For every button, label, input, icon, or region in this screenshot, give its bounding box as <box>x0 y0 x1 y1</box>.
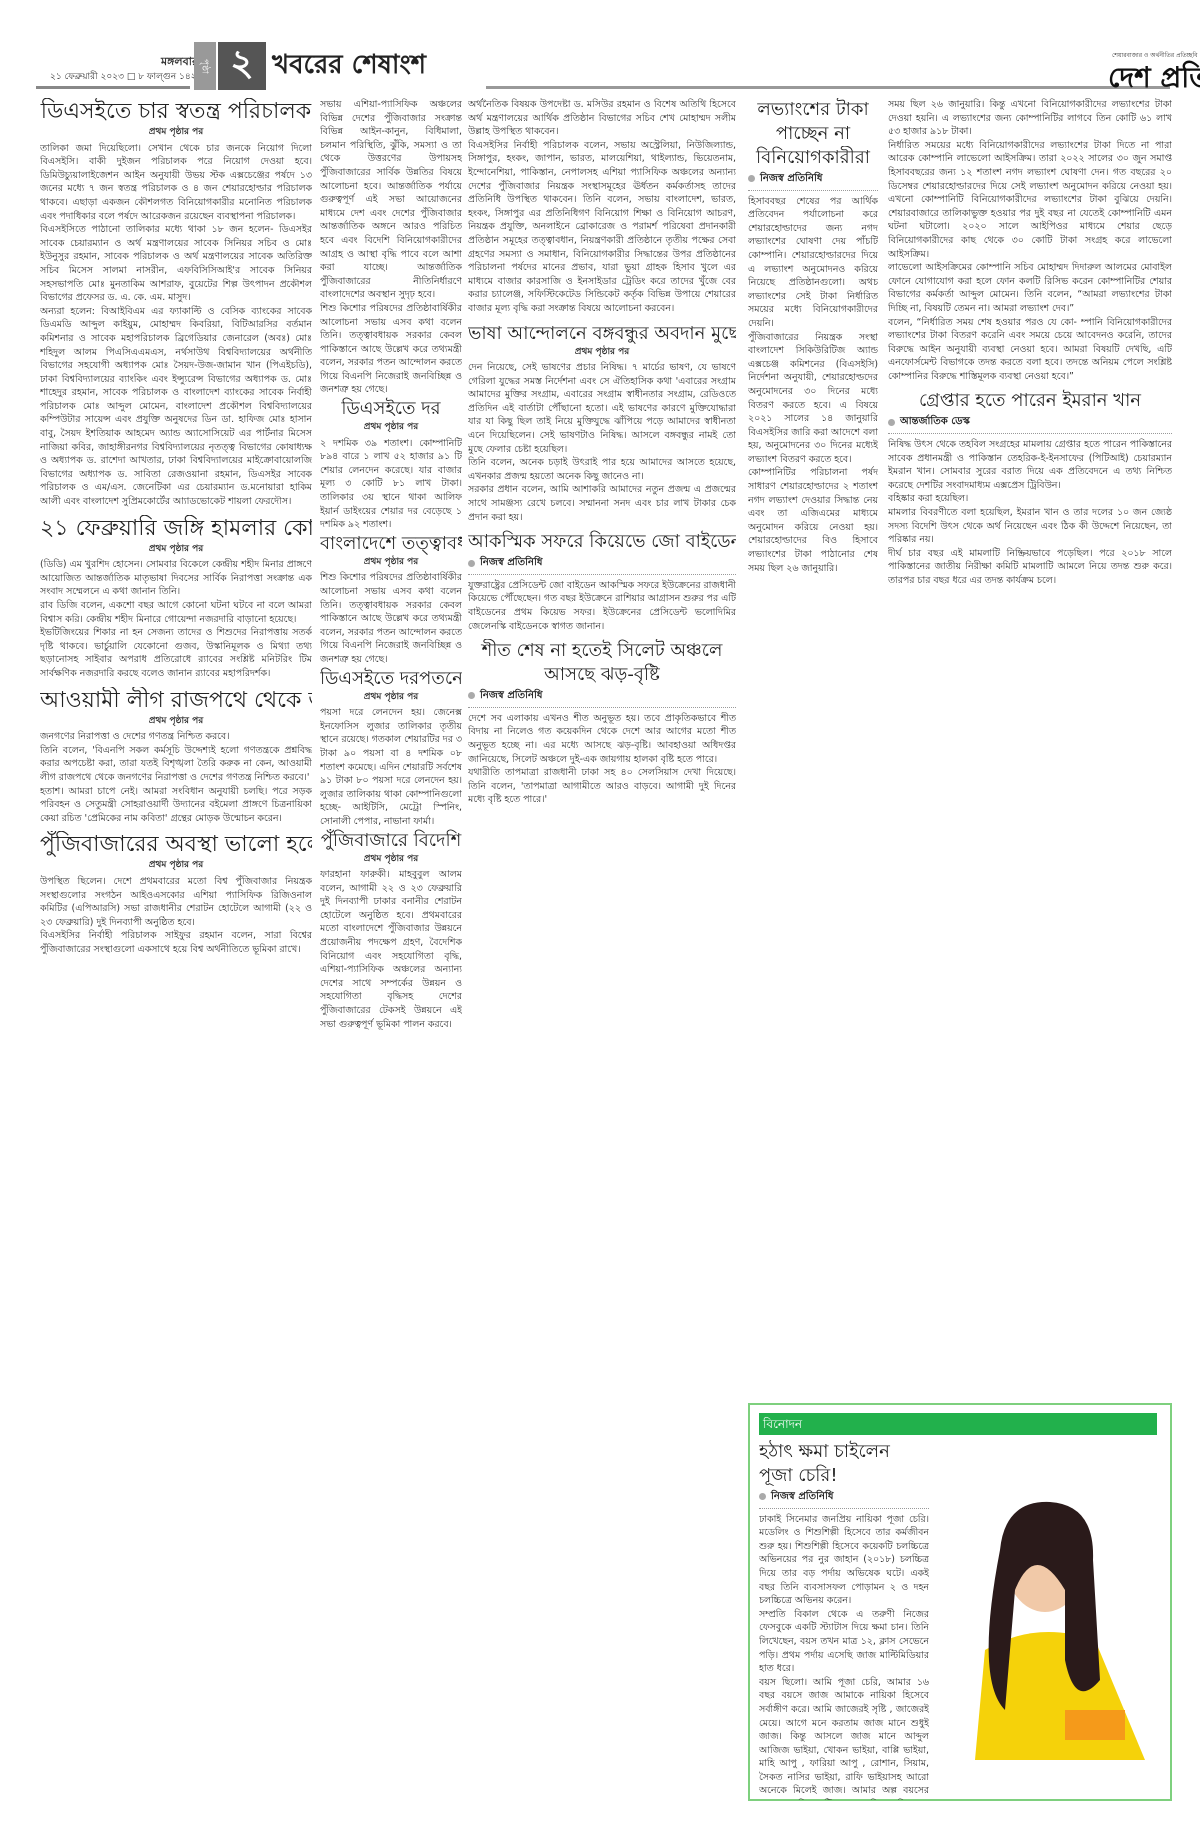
article-paragraph: ইভটিজিংয়ের শিকার না হন সেজন্য তাদের ও শ… <box>40 626 312 680</box>
headline-biden-kyiv[interactable]: আকস্মিক সফরে কিয়েভে জো বাইডেন <box>468 530 736 554</box>
article-paragraph: নির্ধারিত সময়ের মধ্যে বিনিয়োগকারীদের ল… <box>888 139 1172 261</box>
article-paragraph: বলেন, “নির্ধারিত সময় শেষ হওয়ার পরও যে … <box>888 316 1172 384</box>
headline-dividend-3[interactable]: বিনিয়োগকারীরা <box>748 146 878 170</box>
masthead-date: ২১ ফেব্রুয়ারী ২০২৩ □ ৮ ফাল্গুন ১৪২৯ <box>50 69 202 84</box>
continued-label: প্রথম পৃষ্ঠার পর <box>320 853 462 867</box>
continued-label: প্রথম পৃষ্ঠার পর <box>40 543 312 557</box>
bullet-icon <box>468 560 475 567</box>
headline-pooja-cherry[interactable]: হঠাৎ ক্ষমা চাইলেন পূজা চেরি! <box>759 1440 929 1488</box>
article-paragraph: পুঁজিবাজারের নিয়ন্ত্রক সংস্থা বাংলাদেশ … <box>748 331 878 467</box>
continued-label: প্রথম পৃষ্ঠার পর <box>320 691 462 705</box>
article-paragraph: দেন নিয়েছে, সেই ভাষণের প্রচার নিষিদ্ধ। … <box>468 361 736 456</box>
column-4: লভ্যাংশের টাকা পাচ্ছেন না বিনিয়োগকারীরা… <box>748 98 878 1398</box>
continued-label: প্রথম পৃষ্ঠার পর <box>468 346 736 360</box>
article-paragraph: (ডিডি) এম খুরশিদ হোসেন। সোমবার বিকেলে কে… <box>40 558 312 599</box>
article-paragraph: মামলার বিবরণীতে বলা হয়েছিল, ইমরান খান ও… <box>888 506 1172 547</box>
masthead: মঙ্গলবার ২১ ফেব্রুয়ারী ২০২৩ □ ৮ ফাল্গুন… <box>0 0 1200 92</box>
article-paragraph: লাভেলো আইসক্রিমের কোম্পানি সচিব মোহাম্মদ… <box>888 261 1172 315</box>
page-label: পৃষ্ঠা <box>194 42 216 90</box>
article-paragraph: কোম্পানিটির পরিচালনা পর্ষদ সাধারণ শেয়ার… <box>748 466 878 575</box>
section-tag-entertainment[interactable]: বিনোদন <box>759 1413 1157 1435</box>
article-paragraph: যুক্তরাষ্ট্রের প্রেসিডেন্ট জো বাইডেন আকস… <box>468 579 736 633</box>
headline-foreign-capital[interactable]: পুঁজিবাজারে বিদেশি <box>320 829 462 853</box>
article-paragraph: ঢাকাই সিনেমার জনপ্রিয় নায়িকা পূজা চেরি… <box>759 1513 929 1608</box>
newspaper-logo: দেশ প্রতিক্ষণ <box>1108 56 1200 103</box>
article-paragraph: রাব ডিজি বলেন, একশো বছর আগে কোনো ঘটনা ঘট… <box>40 599 312 626</box>
headline-dividend-1[interactable]: লভ্যাংশের টাকা <box>748 98 878 122</box>
article-paragraph: বিএসইসির নির্বাহী পরিচালক সাইফুর রহমান ব… <box>40 929 312 956</box>
article-paragraph: হতাশ। আমরা চাপে নেই। আমরা সংবিধান অনুযায… <box>40 785 312 826</box>
section-title: খবরের শেষাংশ <box>272 44 426 88</box>
headline-dse-fall[interactable]: ডিএসইতে দরপতনের <box>320 667 462 691</box>
headline-caretaker-bd[interactable]: বাংলাদেশে তত্ত্বাবধায়ক <box>320 532 462 556</box>
article-paragraph: দীর্ঘ চার বছর এই মামলাটি নিষ্ক্রিয়ভাবে … <box>888 547 1172 588</box>
article-paragraph: হিসাববছর শেষের পর আর্থিক প্রতিবেদন পর্যা… <box>748 195 878 331</box>
rule-right <box>486 86 1170 89</box>
article-paragraph: পয়সা দরে লেনদেন হয়। জেনেক্স ইনফোসিস লু… <box>320 706 462 828</box>
headline-dse-rate[interactable]: ডিএসইতে দর <box>320 397 462 421</box>
bullet-icon <box>888 419 895 426</box>
article-paragraph: সম্প্রতি বিকাল থেকে এ তরুণী নিজের ফেসবুক… <box>759 1608 929 1676</box>
article-paragraph: বিএসইসিতে পাঠানো তালিকার মধ্যে থাকা ১৮ জ… <box>40 223 312 305</box>
article-paragraph: জনগণের নিরাপত্তা ও দেশের গণতন্ত্র নিশ্চি… <box>40 730 312 744</box>
continued-label: প্রথম পৃষ্ঠার পর <box>320 421 462 435</box>
article-paragraph: বহিষ্কার করা হয়েছিল। <box>888 492 1172 506</box>
article-paragraph: অন্যরা হলেন: বিআইবিএম এর ফ্যাকাল্টি ও বে… <box>40 305 312 509</box>
continued-label: প্রথম পৃষ্ঠার পর <box>320 556 462 570</box>
headline-capital-market-good[interactable]: পুঁজিবাজারের অবস্থা ভালো হলে <box>40 831 312 859</box>
article-paragraph: দেশে সব এলাকায় এখনও শীত অনুভূত হয়। তবে… <box>468 712 736 766</box>
article-paragraph: শিশু কিশোর পরিষদের প্রতিষ্ঠাবার্ষিকীর আল… <box>320 571 462 666</box>
bullet-icon <box>468 692 475 699</box>
headline-imran-khan[interactable]: গ্রেপ্তার হতে পারেন ইমরান খান <box>888 389 1172 413</box>
byline: নিজস্ব প্রতিনিধি <box>468 554 736 575</box>
byline: আন্তর্জাতিক ডেস্ক <box>888 413 1172 434</box>
article-paragraph: সরকার প্রধান বলেন, আমি আশাকরি আমাদের নতু… <box>468 483 736 524</box>
headline-awami-league[interactable]: আওয়ামী লীগ রাজপথে থেকে জনগণের <box>40 687 312 715</box>
article-paragraph: অর্থনৈতিক বিষয়ক উপদেষ্টা ড. মসিউর রহমান… <box>468 98 736 139</box>
bullet-icon <box>759 1493 766 1500</box>
byline: নিজস্ব প্রতিনিধি <box>748 170 878 191</box>
article-paragraph: উপস্থিত ছিলেন। দেশে প্রথমবারের মতো বিশ্ব… <box>40 875 312 929</box>
column-5: সময় ছিল ২৬ জানুয়ারি। কিন্তু এখনো বিনিয… <box>888 98 1172 1398</box>
headline-language-movement[interactable]: ভাষা আন্দোলনে বঙ্গবন্ধুর অবদান মুছে <box>468 322 736 346</box>
article-paragraph: ফারহানা ফারুকী। মাহবুবুল আলম বলেন, আগামী… <box>320 868 462 1031</box>
headline-feb21-militant[interactable]: ২১ ফেব্রুয়ারি জঙ্গি হামলার কোনো <box>40 515 312 543</box>
article-paragraph: বিএসইসির নির্বাহী পরিচালক বলেন, সভায় অস… <box>468 139 736 316</box>
byline: নিজস্ব প্রতিনিধি <box>759 1488 929 1509</box>
column-1: ডিএসইতে চার স্বতন্ত্র পরিচালক প্রথম পৃষ্… <box>40 98 312 1843</box>
bullet-icon <box>748 175 755 182</box>
article-paragraph: সময় ছিল ২৬ জানুয়ারি। কিন্তু এখনো বিনিয… <box>888 98 1172 139</box>
headline-winter-sylhet-2[interactable]: আসছে ঝড়-বৃষ্টি <box>468 663 736 687</box>
headline-dse-directors[interactable]: ডিএসইতে চার স্বতন্ত্র পরিচালক <box>40 98 312 126</box>
column-2: সভায় এশিয়া-প্যাসিফিক অঞ্চলের বিভিন্ন দ… <box>320 98 462 1843</box>
continued-label: প্রথম পৃষ্ঠার পর <box>40 859 312 873</box>
headline-winter-sylhet-1[interactable]: শীত শেষ না হতেই সিলেট অঞ্চলে <box>468 639 736 663</box>
headline-dividend-2[interactable]: পাচ্ছেন না <box>748 122 878 146</box>
article-paragraph: ২ দশমিক ৩৯ শতাংশ। কোম্পানিটি ৮৯৪ বারে ১ … <box>320 437 462 532</box>
rule-left <box>36 86 190 89</box>
continued-label: প্রথম পৃষ্ঠার পর <box>40 715 312 729</box>
article-paragraph: তালিকা জমা দিয়েছিলো। সেখান থেকে চার জনক… <box>40 142 312 224</box>
page-number: ২ <box>218 42 266 90</box>
column-3: অর্থনৈতিক বিষয়ক উপদেষ্টা ড. মসিউর রহমান… <box>468 98 736 1843</box>
article-paragraph: তিনি বলেন, অনেক চড়াই উৎরাই পার হয়ে আমা… <box>468 456 736 483</box>
continued-label: প্রথম পৃষ্ঠার পর <box>40 126 312 140</box>
article-paragraph: নিষিদ্ধ উৎস থেকে তহবিল সংগ্রহের মামলায় … <box>888 438 1172 492</box>
article-paragraph: তিনি বলেন, 'বিএনপি সকল কর্মসূচি উদ্দেশ্য… <box>40 744 312 785</box>
article-paragraph: শিশু কিশোর পরিষদের প্রতিষ্ঠাবার্ষিকীর আল… <box>320 302 462 397</box>
article-paragraph: বয়স ছিলো। আমি পূজা চেরি, আমার ১৬ বছর বয… <box>759 1676 929 1800</box>
article-paragraph: সভায় এশিয়া-প্যাসিফিক অঞ্চলের বিভিন্ন দ… <box>320 98 462 302</box>
byline: নিজস্ব প্রতিনিধি <box>468 687 736 708</box>
entertainment-article: হঠাৎ ক্ষমা চাইলেন পূজা চেরি! নিজস্ব প্রত… <box>759 1440 929 1800</box>
actress-photo <box>915 1480 1155 1760</box>
article-paragraph: যথারীতি তাপমাত্রা রাজধানী ঢাকা সহ ৪০ সেল… <box>468 766 736 807</box>
